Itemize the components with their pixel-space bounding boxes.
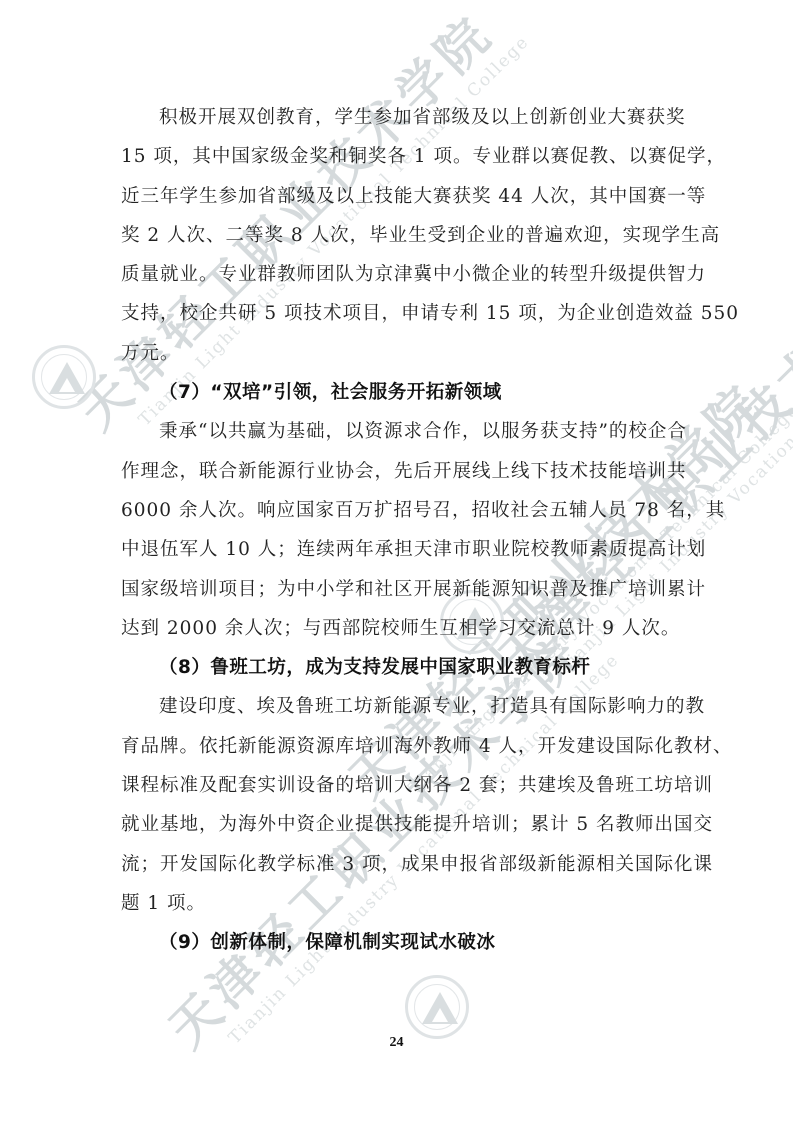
paragraph-innovation-achievements: 积极开展双创教育，学生参加省部级及以上创新创业大赛获奖 15 项，其中国家级金奖…	[121, 98, 677, 373]
paragraph-line: 积极开展双创教育，学生参加省部级及以上创新创业大赛获奖	[121, 98, 677, 137]
paragraph-line: 奖 2 人次、二等奖 8 人次，毕业生受到企业的普遍欢迎，实现学生高	[121, 216, 677, 255]
college-seal-icon	[32, 345, 96, 409]
paragraph-line: 国家级培训项目；为中小学和社区开展新能源知识普及推广培训累计	[121, 570, 677, 609]
document-page: 天津轻工职业技术学院 Tianjin Light Industry Vocati…	[0, 0, 793, 1122]
paragraph-social-services: 秉承“以共赢为基础，以资源求合作，以服务获支持”的校企合 作理念，联合新能源行业…	[121, 412, 677, 648]
paragraph-line: 达到 2000 余人次；与西部院校师生互相学习交流总计 9 人次。	[121, 609, 677, 648]
section-heading-7: （7）“双培”引领，社会服务开拓新领域	[121, 373, 677, 412]
paragraph-line: 就业基地，为海外中资企业提供技能提升培训；累计 5 名教师出国交	[121, 805, 677, 844]
paragraph-line: 中退伍军人 10 人；连续两年承担天津市职业院校教师素质提高计划	[121, 530, 677, 569]
paragraph-line: 15 项，其中国家级金奖和铜奖各 1 项。专业群以赛促教、以赛促学，	[121, 137, 677, 176]
paragraph-line: 万元。	[121, 334, 677, 373]
college-seal-icon	[405, 975, 469, 1039]
paragraph-line: 近三年学生参加省部级及以上技能大赛获奖 44 人次，其中国赛一等	[121, 177, 677, 216]
section-heading-8: （8）鲁班工坊，成为支持发展中国家职业教育标杆	[121, 648, 677, 687]
paragraph-line: 建设印度、埃及鲁班工坊新能源专业，打造具有国际影响力的教	[121, 687, 677, 726]
paragraph-line: 质量就业。专业群教师团队为京津冀中小微企业的转型升级提供智力	[121, 255, 677, 294]
paragraph-line: 课程标准及配套实训设备的培训大纲各 2 套；共建埃及鲁班工坊培训	[121, 766, 677, 805]
paragraph-line: 秉承“以共赢为基础，以资源求合作，以服务获支持”的校企合	[121, 412, 677, 451]
paragraph-luban-workshop: 建设印度、埃及鲁班工坊新能源专业，打造具有国际影响力的教 育品牌。依托新能源资源…	[121, 687, 677, 923]
paragraph-line: 流；开发国际化教学标准 3 项，成果申报省部级新能源相关国际化课	[121, 845, 677, 884]
page-number: 24	[0, 1035, 793, 1051]
paragraph-line: 支持，校企共研 5 项技术项目，申请专利 15 项，为企业创造效益 550	[121, 294, 677, 333]
paragraph-line: 育品牌。依托新能源资源库培训海外教师 4 人，开发建设国际化教材、	[121, 727, 677, 766]
paragraph-line: 作理念，联合新能源行业协会，先后开展线上线下技术技能培训共	[121, 452, 677, 491]
paragraph-line: 6000 余人次。响应国家百万扩招号召，招收社会五辅人员 78 名，其	[121, 491, 677, 530]
paragraph-line: 题 1 项。	[121, 884, 677, 923]
section-heading-9: （9）创新体制，保障机制实现试水破冰	[121, 923, 677, 962]
document-body: 积极开展双创教育，学生参加省部级及以上创新创业大赛获奖 15 项，其中国家级金奖…	[121, 98, 677, 963]
